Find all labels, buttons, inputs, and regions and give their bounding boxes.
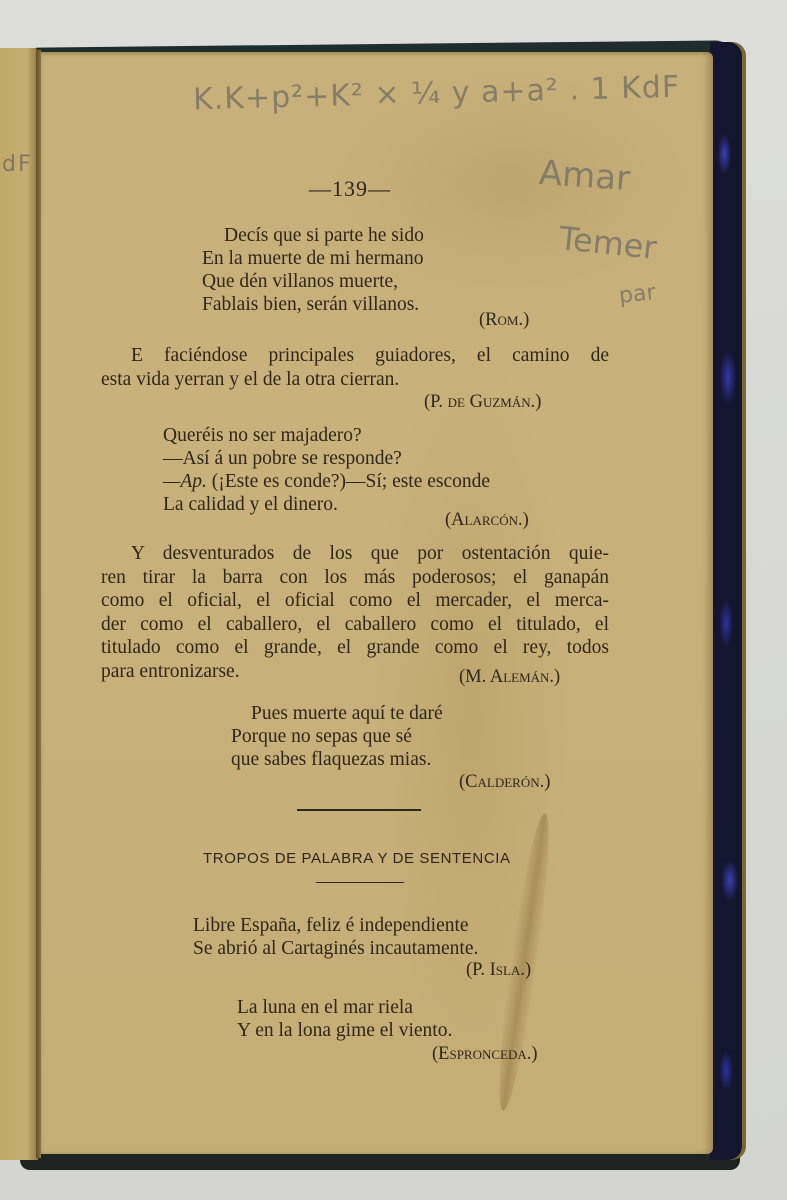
left-facing-page: dF xyxy=(0,48,38,1160)
left-page-pencil-note: dF xyxy=(2,152,33,177)
verse-line: La calidad y el dinero. xyxy=(163,493,338,517)
prose-line: titulado como el grande, el grande como … xyxy=(101,636,609,660)
prose-line: der como el caballero, el caballero como… xyxy=(101,613,609,637)
quote-source: (Calderón.) xyxy=(459,772,550,793)
aside-marker: —Ap. xyxy=(163,471,207,492)
pencil-margin-note: par xyxy=(618,280,657,309)
verse-line: Se abrió al Cartaginés incautamente. xyxy=(193,937,478,961)
quote-source: (Alarcón.) xyxy=(445,510,529,531)
prose-line: esta vida yerran y el de la otra cierran… xyxy=(101,368,609,392)
pencil-margin-note: Amar xyxy=(538,153,632,199)
quote-source: (P. de Guzmán.) xyxy=(424,392,541,413)
verse-line: Y en la lona gime el viento. xyxy=(237,1019,452,1043)
quote-source: (Espronceda.) xyxy=(432,1044,538,1065)
verse-line: Porque no sepas que sé xyxy=(231,725,412,749)
verse-line: Queréis no ser majadero? xyxy=(163,424,362,448)
verse-line: —Así á un pobre se responde? xyxy=(163,447,402,471)
marbled-cover-edge xyxy=(710,42,746,1160)
prose-line: E faciéndose principales guiadores, el c… xyxy=(101,344,609,368)
prose-line: ren tirar la barra con los más poderosos… xyxy=(101,566,609,590)
prose-line: Y desventurados de los que por ostentaci… xyxy=(101,542,609,566)
heading-underline xyxy=(316,882,404,883)
prose-quote: E faciéndose principales guiadores, el c… xyxy=(101,344,609,391)
prose-line: como el oficial, el oficial como el merc… xyxy=(101,589,609,613)
quote-source: (P. Isla.) xyxy=(466,960,531,981)
prose-quote: Y desventurados de los que por ostentaci… xyxy=(101,542,609,683)
section-heading: TROPOS DE PALABRA Y DE SENTENCIA xyxy=(203,850,511,867)
verse-line: (¡Este es conde?)—Sí; este esconde xyxy=(212,471,490,492)
pencil-margin-note: Temer xyxy=(557,219,658,267)
quote-source: (M. Alemán.) xyxy=(459,667,560,688)
quote-source: (Rom.) xyxy=(479,310,529,331)
verse-line: que sabes flaquezas mias. xyxy=(231,748,431,772)
verse-line: Que dén villanos muerte, xyxy=(202,270,398,294)
verse-line-with-aside: —Ap. (¡Este es conde?)—Sí; este esconde xyxy=(163,470,490,494)
page-number: —139— xyxy=(309,176,391,202)
verse-line: La luna en el mar riela xyxy=(237,996,413,1020)
section-divider xyxy=(297,809,421,811)
verse-line: En la muerte de mi hermano xyxy=(202,247,423,271)
verse-line: Libre España, feliz é independiente xyxy=(193,914,469,938)
verse-line: Fablais bien, serán villanos. xyxy=(202,293,419,317)
pencil-formula-annotation: K.K+p²+K² × ¼ y a+a² . 1 KdF xyxy=(193,70,681,118)
verse-line: Pues muerte aquí te daré xyxy=(251,702,443,726)
verse-line: Decís que si parte he sido xyxy=(224,224,424,248)
book-page: K.K+p²+K² × ¼ y a+a² . 1 KdF Amar Temer … xyxy=(41,52,713,1154)
